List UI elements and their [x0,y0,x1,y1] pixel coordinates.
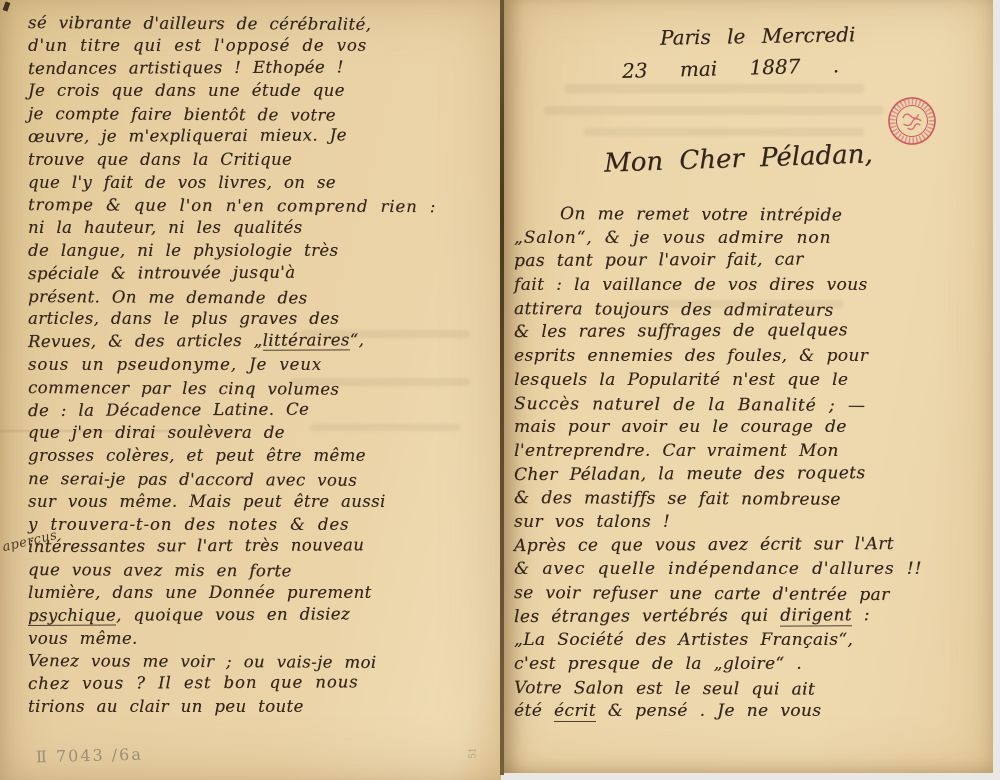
handwritten-line: trouve que dans la Critique [28,149,496,172]
handwritten-line: y trouvera-t-on des notes & des [28,514,496,537]
handwritten-line: Revues, & des articles „littéraires“, [28,329,496,354]
handwritten-line: Cher Péladan, la meute des roquets [514,461,988,487]
handwritten-line: & les rares suffrages de quelques [514,319,988,345]
handwritten-line: intéressantes sur l'art très nouveau [28,534,496,559]
handwritten-line: „La Société des Artistes Français“, [514,629,988,653]
bleed-through-mark [564,84,864,93]
handwritten-line: ne serai-je pas d'accord avec vous [28,468,496,493]
handwritten-line: pas tant pour l'avoir fait, car [514,248,988,274]
handwritten-line: Succès naturel de la Banalité ; — [514,393,988,419]
handwritten-line: & des mastiffs se fait nombreuse [514,487,988,513]
bleed-through-mark [544,106,884,115]
dateline-place: Paris le Mercredi [660,22,856,49]
archive-number: Ⅱ 7043 /6a [36,745,143,767]
handwritten-line: que vous avez mis en forte [28,559,496,584]
handwritten-line: présent. On me demande des [28,286,496,311]
handwritten-line: esprits ennemies des foules, & pour [514,345,988,369]
handwritten-line: trompe & que l'on n'en comprend rien : [28,194,496,219]
handwritten-line: Je crois que dans une étude que [28,80,496,103]
letter-page-right: Paris le Mercredi 23 mai 1887 . Mon Cher… [504,0,993,773]
handwritten-line: sur vos talons ! [514,511,988,535]
handwritten-line: On me remet votre intrépide [560,203,988,229]
handwritten-line: lesquels la Popularité n'est que le [514,369,988,393]
handwritten-line: les étranges vertébrés qui dirigent : [514,603,988,629]
fold-number: 51 [469,747,479,758]
handwritten-line: lumière, dans une Donnée purement [28,582,496,605]
handwritten-line: tirions au clair un peu toute [28,696,496,719]
handwritten-line: & avec quelle indépendance d'allures !! [514,558,988,582]
handwritten-line: grosses colères, et peut être même [28,445,496,468]
handwritten-line: articles, dans le plus graves des [28,308,496,331]
dateline-date: 23 mai 1887 . [622,53,840,83]
handwritten-line: Votre Salon est le seul qui ait [514,677,988,703]
handwritten-line: „Salon“, & je vous admire non [514,227,988,251]
handwritten-line: sous un pseudonyme, Je veux [28,354,496,377]
handwritten-line: d'un titre qui est l'opposé de vos [28,35,496,58]
letter-page-left: sé vibrante d'ailleurs de cérébralité,d'… [0,0,501,780]
salutation: Mon Cher Péladan, [604,139,874,178]
handwritten-line: fait : la vaillance de vos dires vous [514,274,988,298]
paper-speck [3,1,11,11]
handwritten-line: été écrit & pensé . Je ne vous [514,700,988,724]
handwritten-line: que l'y fait de vos livres, on se [28,172,496,195]
handwritten-line: tendances artistiques ! Ethopée ! [28,55,496,80]
handwritten-line: ni la hauteur, ni les qualités [28,217,496,240]
handwritten-line: que j'en dirai soulèvera de [28,422,496,445]
handwritten-line: vous même. [28,628,496,651]
bleed-through-mark [584,128,864,136]
handwritten-line: chez vous ? Il est bon que nous [28,671,496,696]
handwritten-line: sur vous même. Mais peut être aussi [28,491,496,514]
handwritten-line: Après ce que vous avez écrit sur l'Art [514,532,988,558]
handwritten-line: psychique, quoique vous en disiez [28,602,496,627]
handwritten-line: c'est presque de la „gloire“ . [514,653,988,677]
handwritten-line: de langue, ni le physiologie très [28,240,496,263]
handwritten-line: sé vibrante d'ailleurs de cérébralité, [28,12,496,37]
handwritten-line: œuvre, je m'expliquerai mieux. Je [28,124,496,149]
library-stamp [880,89,943,152]
right-page-text: On me remet votre intrépide„Salon“, & je… [514,203,988,724]
handwritten-line: mais pour avoir eu le courage de [514,416,988,440]
handwritten-line: spéciale & introuvée jusqu'à [28,260,496,285]
handwritten-line: de : la Décadence Latine. Ce [28,397,496,422]
scanned-letter: sé vibrante d'ailleurs de cérébralité,d'… [0,0,1000,780]
handwritten-line: l'entreprendre. Car vraiment Mon [514,440,988,464]
left-page-text: sé vibrante d'ailleurs de cérébralité,d'… [28,12,496,719]
